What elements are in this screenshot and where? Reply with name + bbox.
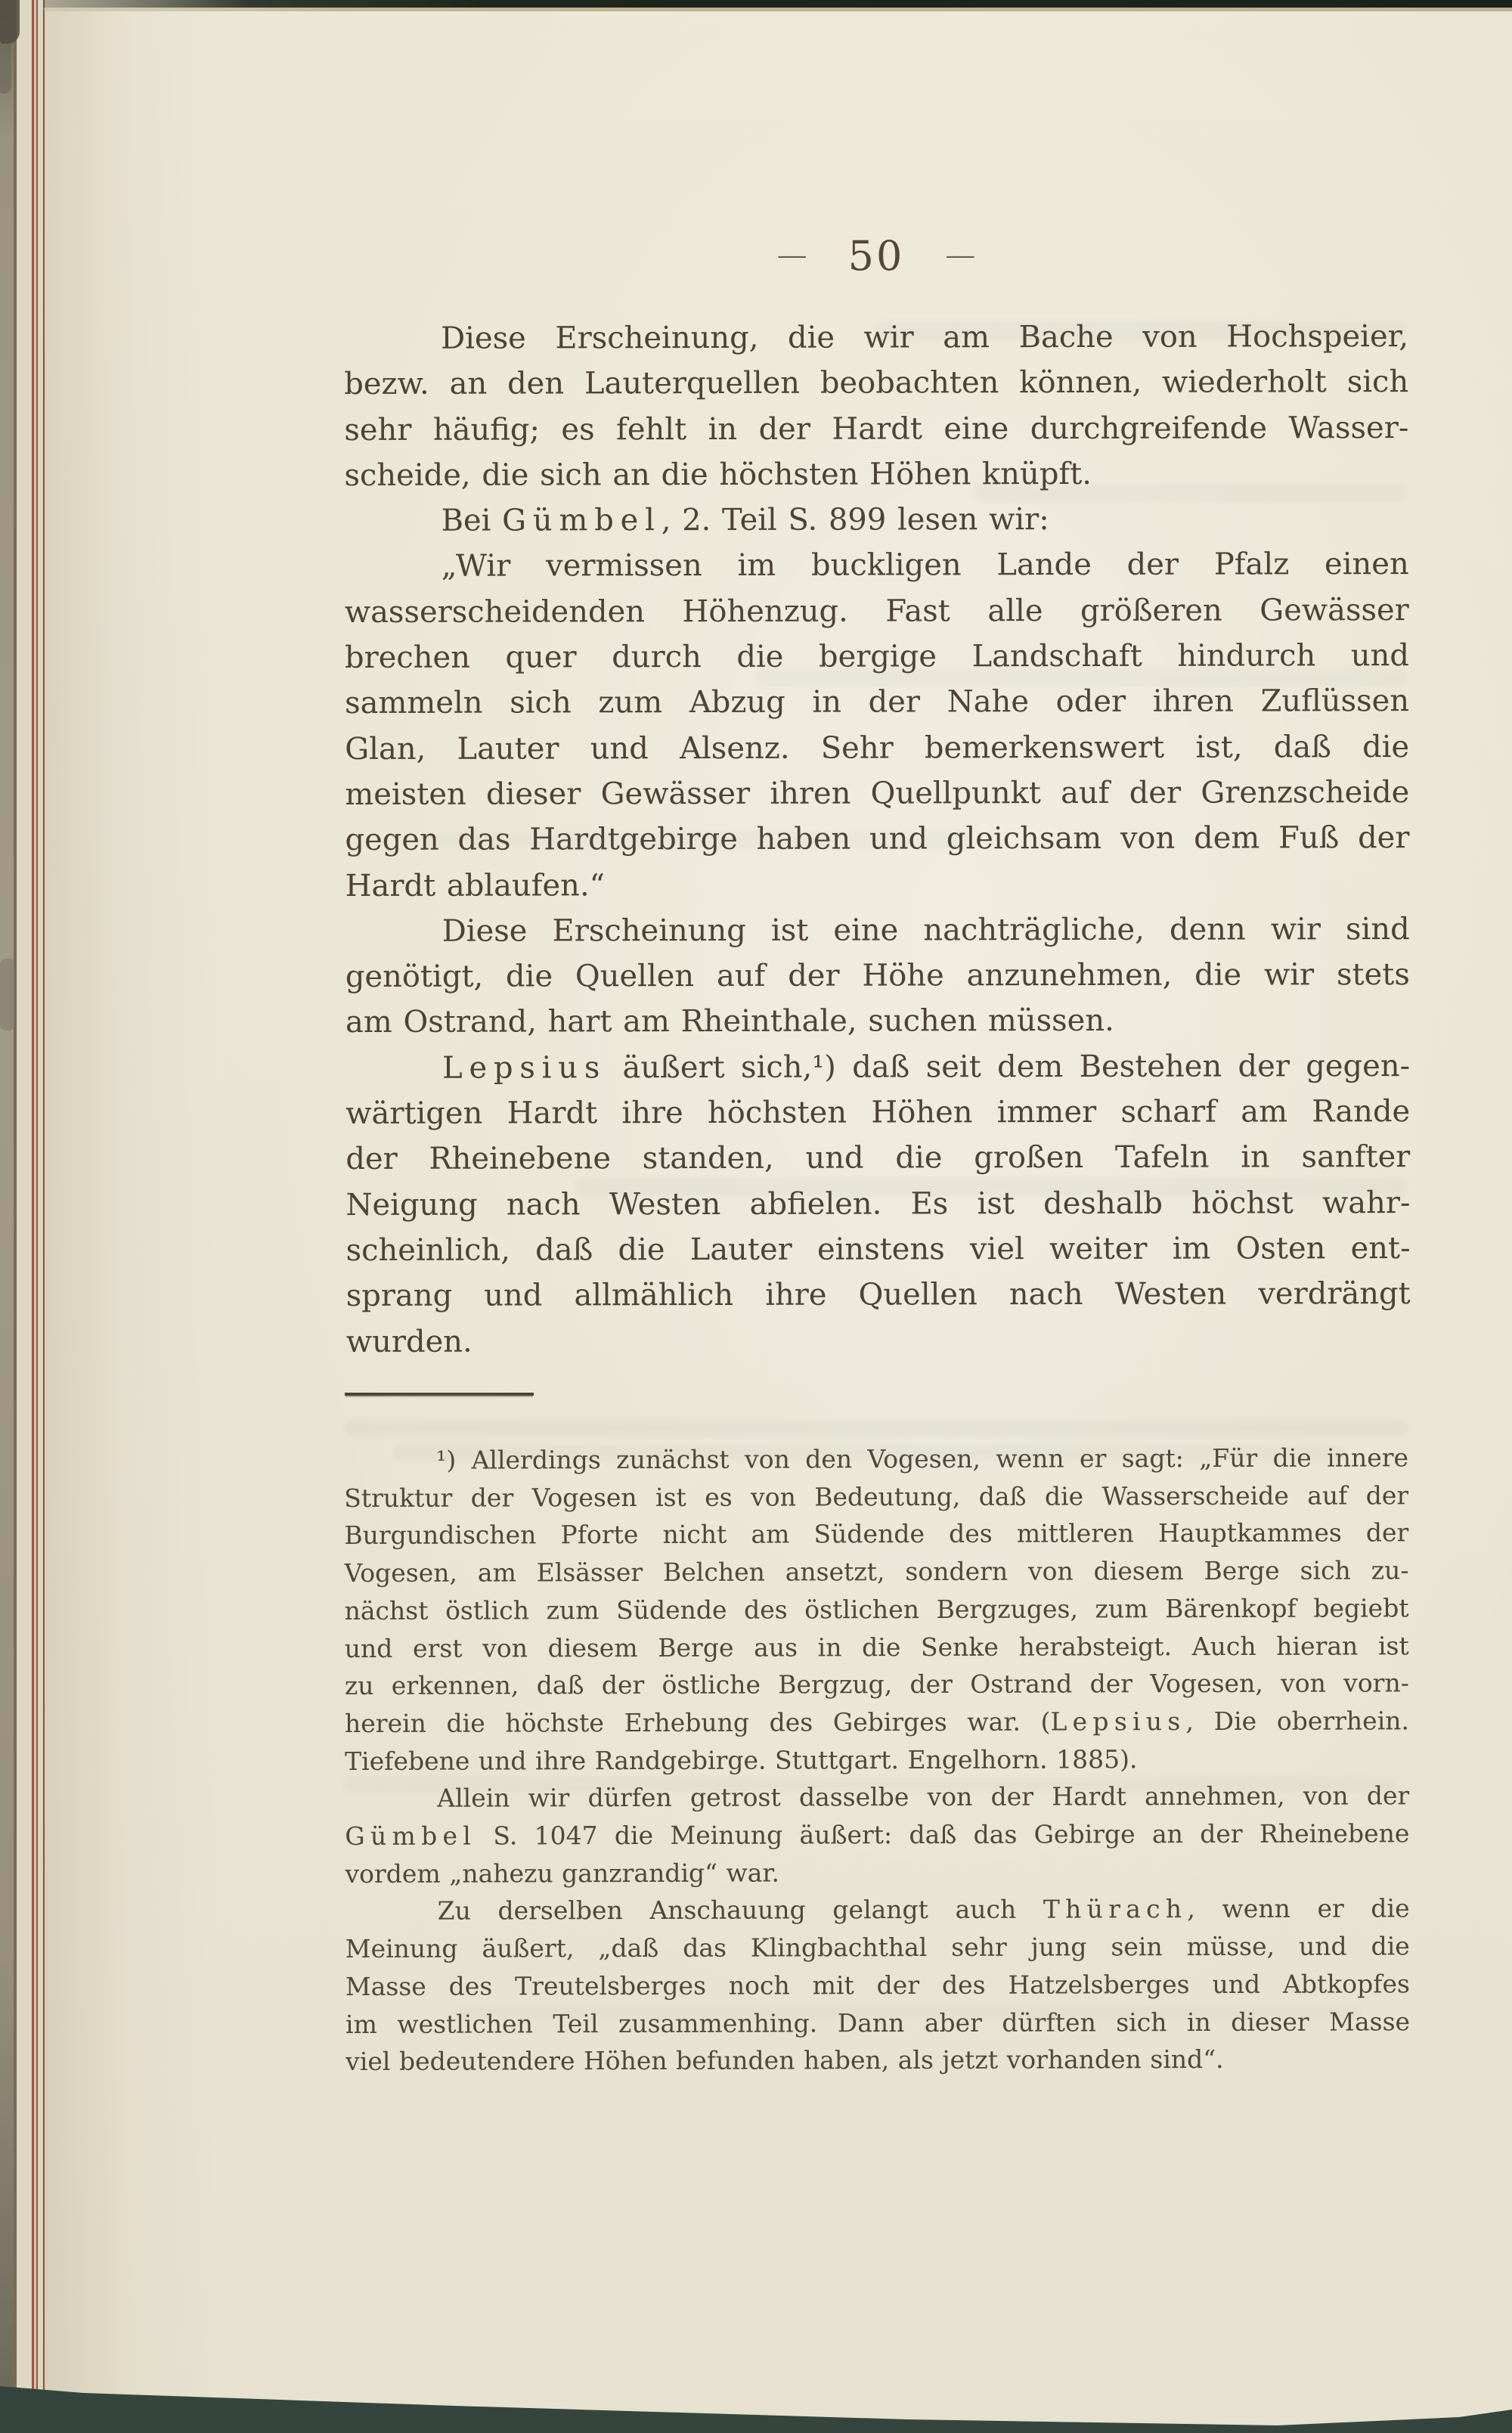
text-segment: sammeln sich zum Abzug in der Nahe oder … <box>345 683 1409 721</box>
scanned-book-page: — 50 — Diese Erscheinung, die wir am Bac… <box>0 0 1512 2433</box>
text-segment: , Die oberrhein. <box>1185 1706 1409 1736</box>
footnote-text-line: vordem „nahezu ganzrandig“ war. <box>345 1852 1409 1892</box>
text-segment: herein die höchste Erhebung des Gebirges… <box>345 1706 1051 1737</box>
text-segment: wurden. <box>346 1324 472 1359</box>
body-text-line: sprang und allmählich ihre Quellen nach … <box>346 1271 1411 1319</box>
text-segment: äußert sich,¹) daß seit dem Bestehen der… <box>606 1049 1410 1085</box>
body-text-line: brechen quer durch die bergige Landschaf… <box>345 633 1409 680</box>
body-text-line: Diese Erscheinung ist eine nachträgliche… <box>345 907 1410 954</box>
text-segment: Meinung äußert, „daß das Klingbachthal s… <box>345 1931 1410 1963</box>
footnote-separator-rule <box>345 1393 534 1396</box>
page-stack-edge <box>17 0 32 2433</box>
text-segment: wärtigen Hardt ihre höchsten Höhen immer… <box>345 1094 1410 1131</box>
spaced-proper-name: Lepsius <box>442 1050 606 1085</box>
page-stack-red-line <box>43 0 45 2433</box>
footnote-text-line: ¹) Allerdings zunächst von den Vogesen, … <box>344 1439 1408 1479</box>
footnote-text-line: nächst östlich zum Südende des östlichen… <box>345 1589 1409 1629</box>
body-text-line: wasserscheidenden Höhenzug. Fast alle gr… <box>345 587 1409 635</box>
text-segment: Burgundischen Pforte nicht am Südende de… <box>344 1518 1408 1551</box>
page-number: — 50 — <box>344 231 1408 280</box>
text-segment: und erst von diesem Berge aus in die Sen… <box>345 1631 1409 1663</box>
body-text-line: gegen das Hardtgebirge haben und gleichs… <box>345 815 1409 863</box>
text-segment: Struktur der Vogesen ist es von Bedeutun… <box>344 1480 1408 1513</box>
page-number-dash-left: — <box>777 242 807 270</box>
text-segment: „Wir vermissen im buckligen Lande der Pf… <box>442 547 1409 584</box>
body-text-line: scheinlich, daß die Lauter einstens viel… <box>346 1226 1411 1273</box>
body-text-line: Lepsius äußert sich,¹) daß seit dem Best… <box>345 1043 1410 1091</box>
body-text-line: der Rheinebene standen, und die großen T… <box>345 1134 1410 1182</box>
page-stack-edge <box>38 0 43 2433</box>
page-number-value: 50 <box>848 232 905 280</box>
text-segment: brechen quer durch die bergige Landschaf… <box>345 638 1409 675</box>
text-segment: genötigt, die Quellen auf der Höhe anzun… <box>345 957 1410 994</box>
text-segment: Hardt ablaufen.“ <box>345 868 606 903</box>
body-text-line: meisten dieser Gewässer ihren Quellpunkt… <box>345 770 1409 817</box>
spaced-proper-name: Thürach <box>1043 1895 1188 1924</box>
body-text-line: wärtigen Hardt ihre höchsten Höhen immer… <box>345 1089 1410 1136</box>
body-text-line: bezw. an den Lauterquellen beobachten kö… <box>344 359 1408 407</box>
spaced-proper-name: Gümbel <box>345 1821 476 1851</box>
corner-smudge <box>0 0 20 44</box>
footnote-text-line: und erst von diesem Berge aus in die Sen… <box>345 1627 1409 1667</box>
scanner-top-bar <box>44 0 1512 8</box>
text-segment: vordem „nahezu ganzrandig“ war. <box>345 1858 779 1889</box>
body-text-line: scheide, die sich an die höchsten Höhen … <box>344 451 1408 498</box>
body-text-line: Neigung nach Westen abfielen. Es ist des… <box>345 1180 1410 1228</box>
body-text-line: wurden. <box>346 1317 1411 1365</box>
footnote-text-line: zu erkennen, daß der östliche Bergzug, d… <box>345 1665 1409 1705</box>
footnote-text-line: Burgundischen Pforte nicht am Südende de… <box>344 1514 1408 1554</box>
body-text-line: Bei Gümbel, 2. Teil S. 899 lesen wir: <box>345 496 1409 544</box>
footnote-text-line: Struktur der Vogesen ist es von Bedeutun… <box>344 1477 1408 1517</box>
text-segment: gegen das Hardtgebirge haben und gleichs… <box>345 820 1409 857</box>
text-segment: scheinlich, daß die Lauter einstens viel… <box>346 1231 1411 1268</box>
text-segment: Zu derselben Anschauung gelangt auch <box>438 1895 1043 1926</box>
body-text-line: Hardt ablaufen.“ <box>345 861 1410 909</box>
text-segment: Glan, Lauter und Alsenz. Sehr bemerkensw… <box>345 730 1409 767</box>
footnote-text-line: Tiefebene und ihre Randgebirge. Stuttgar… <box>345 1740 1409 1780</box>
top-page-edge-line <box>44 8 1512 11</box>
book-spine-strip <box>0 0 14 2433</box>
text-segment: der Rheinebene standen, und die großen T… <box>345 1139 1410 1176</box>
footnote-text-line: Vogesen, am Elsässer Belchen ansetzt, so… <box>344 1551 1408 1592</box>
text-segment: Allein wir dürfen getrost dasselbe von d… <box>437 1781 1409 1813</box>
footnote-text-line: herein die höchste Erhebung des Gebirges… <box>345 1702 1409 1742</box>
text-segment: am Ostrand, hart am Rheinthale, suchen m… <box>345 1003 1114 1040</box>
body-text: Diese Erscheinung, die wir am Bache von … <box>344 314 1411 1365</box>
text-segment: S. 1047 die Meinung äußert: daß das Gebi… <box>476 1818 1409 1850</box>
page-number-dash-right: — <box>945 242 975 270</box>
text-segment: Vogesen, am Elsässer Belchen ansetzt, so… <box>344 1555 1408 1588</box>
footnote-text-line: Masse des Treutelsberges noch mit der de… <box>345 1965 1410 2005</box>
spaced-proper-name: Gümbel <box>502 503 661 538</box>
text-segment: Masse des Treutelsberges noch mit der de… <box>345 1969 1410 2001</box>
text-segment: scheide, die sich an die höchsten Höhen … <box>344 457 1092 493</box>
spaced-proper-name: Lepsius <box>1050 1706 1185 1736</box>
text-segment: bezw. an den Lauterquellen beobachten kö… <box>344 364 1408 401</box>
footnote-text-line: Allein wir dürfen getrost dasselbe von d… <box>345 1777 1409 1818</box>
corner-smudge <box>0 44 11 94</box>
text-segment: viel bedeutendere Höhen befunden haben, … <box>345 2044 1224 2076</box>
text-segment: wasserscheidenden Höhenzug. Fast alle gr… <box>345 593 1409 630</box>
body-text-line: genötigt, die Quellen auf der Höhe anzun… <box>345 952 1410 1000</box>
footnote-text-line: Gümbel S. 1047 die Meinung äußert: daß d… <box>345 1815 1409 1855</box>
text-segment: ¹) Allerdings zunächst von den Vogesen, … <box>436 1443 1408 1474</box>
body-text-line: sammeln sich zum Abzug in der Nahe oder … <box>345 678 1409 726</box>
text-segment: , wenn er die <box>1187 1894 1409 1924</box>
edge-smudge <box>0 959 15 1031</box>
footnote-text-line: viel bedeutendere Höhen befunden haben, … <box>345 2041 1410 2081</box>
text-segment: zu erkennen, daß der östliche Bergzug, d… <box>345 1669 1409 1701</box>
body-text-line: „Wir vermissen im buckligen Lande der Pf… <box>345 542 1409 590</box>
footnote-text-line: Zu derselben Anschauung gelangt auch Thü… <box>345 1890 1410 1930</box>
body-text-line: am Ostrand, hart am Rheinthale, suchen m… <box>345 998 1410 1046</box>
text-segment: meisten dieser Gewässer ihren Quellpunkt… <box>345 775 1409 812</box>
footnote-text-line: im westlichen Teil zusammenhing. Dann ab… <box>345 2003 1410 2043</box>
text-segment: Bei <box>442 504 503 538</box>
text-segment: Tiefebene und ihre Randgebirge. Stuttgar… <box>345 1744 1137 1776</box>
text-segment: , 2. Teil S. 899 lesen wir: <box>661 502 1049 538</box>
text-segment: sprang und allmählich ihre Quellen nach … <box>346 1276 1411 1313</box>
body-text-line: Glan, Lauter und Alsenz. Sehr bemerkensw… <box>345 724 1409 772</box>
text-segment: im westlichen Teil zusammenhing. Dann ab… <box>345 2007 1410 2039</box>
footnote-text: ¹) Allerdings zunächst von den Vogesen, … <box>344 1439 1410 2081</box>
text-segment: Neigung nach Westen abfielen. Es ist des… <box>345 1186 1410 1223</box>
footnote-text-line: Meinung äußert, „daß das Klingbachthal s… <box>345 1927 1410 1967</box>
body-text-line: Diese Erscheinung, die wir am Bache von … <box>344 314 1408 361</box>
text-segment: Diese Erscheinung ist eine nachträgliche… <box>442 912 1410 949</box>
body-text-line: sehr häufig; es fehlt in der Hardt eine … <box>344 405 1408 453</box>
text-segment: nächst östlich zum Südende des östlichen… <box>345 1593 1409 1626</box>
text-segment: sehr häufig; es fehlt in der Hardt eine … <box>344 411 1408 448</box>
show-through-ghost <box>344 1420 1408 1437</box>
text-segment: Diese Erscheinung, die wir am Bache von … <box>441 319 1408 356</box>
